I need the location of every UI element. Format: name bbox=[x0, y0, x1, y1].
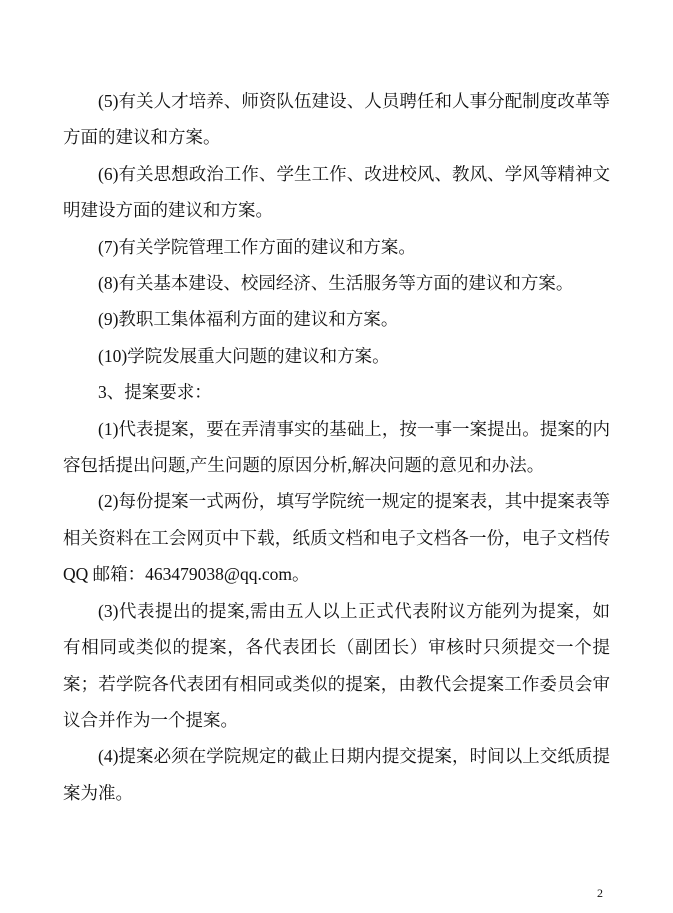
paragraph-item-7: (7)有关学院管理工作方面的建议和方案。 bbox=[63, 229, 610, 265]
document-body: (5)有关人才培养、师资队伍建设、人员聘任和人事分配制度改革等方面的建议和方案。… bbox=[63, 83, 610, 811]
paragraph-item-6: (6)有关思想政治工作、学生工作、改进校风、教风、学风等精神文明建设方面的建议和… bbox=[63, 156, 610, 229]
paragraph-requirement-3: (3)代表提出的提案,需由五人以上正式代表附议方能列为提案，如有相同或类似的提案… bbox=[63, 593, 610, 739]
section-heading-proposal-requirements: 3、提案要求： bbox=[63, 374, 610, 410]
paragraph-requirement-2: (2)每份提案一式两份，填写学院统一规定的提案表，其中提案表等相关资料在工会网页… bbox=[63, 483, 610, 592]
paragraph-item-9: (9)教职工集体福利方面的建议和方案。 bbox=[63, 301, 610, 337]
document-page: (5)有关人才培养、师资队伍建设、人员聘任和人事分配制度改革等方面的建议和方案。… bbox=[0, 0, 673, 913]
paragraph-item-10: (10)学院发展重大问题的建议和方案。 bbox=[63, 338, 610, 374]
paragraph-item-5: (5)有关人才培养、师资队伍建设、人员聘任和人事分配制度改革等方面的建议和方案。 bbox=[63, 83, 610, 156]
page-number: 2 bbox=[597, 887, 603, 899]
paragraph-requirement-4: (4)提案必须在学院规定的截止日期内提交提案，时间以上交纸质提案为准。 bbox=[63, 738, 610, 811]
paragraph-requirement-1: (1)代表提案，要在弄清事实的基础上，按一事一案提出。提案的内容包括提出问题,产… bbox=[63, 411, 610, 484]
paragraph-item-8: (8)有关基本建设、校园经济、生活服务等方面的建议和方案。 bbox=[63, 265, 610, 301]
